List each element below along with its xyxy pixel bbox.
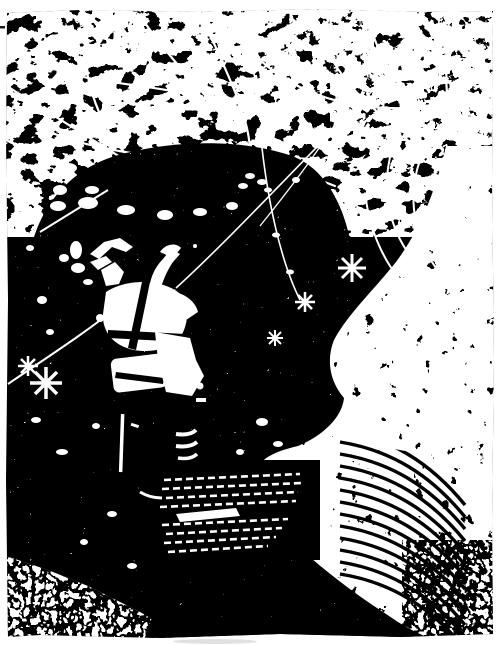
shadow-mass-bottom xyxy=(140,560,440,645)
duckboard-steps xyxy=(140,460,320,560)
margin-smudge xyxy=(173,639,257,644)
margin-artifact xyxy=(0,26,5,29)
scanned-page xyxy=(0,0,500,645)
halftone-photo xyxy=(0,0,500,645)
